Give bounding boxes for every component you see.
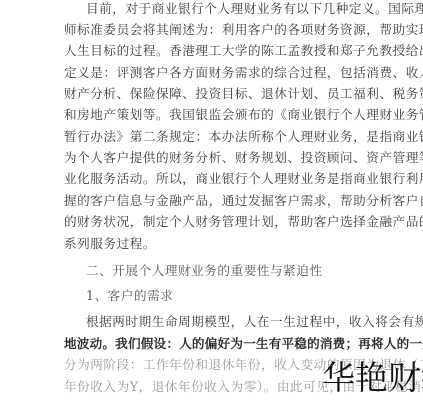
paragraph-line: 人生目标的过程。香港理工大学的陈工孟教授和郑子允教授给出的 bbox=[64, 44, 354, 58]
watermark-logo: 华艳财经 bbox=[322, 360, 423, 396]
paragraph-line: 和房地产策划等。我国银监会颁布的《商业银行个人理财业务管理 bbox=[64, 108, 354, 122]
paragraph-line: 为个人客户提供的财务分析、财务规划、投资顾问、资产管理等专 bbox=[64, 151, 354, 165]
paragraph-line: 目前，对于商业银行个人理财业务有以下几种定义。国际理财 bbox=[86, 2, 376, 16]
section-heading: 二、开展个人理财业务的重要性与紧迫性 bbox=[86, 264, 376, 278]
subsection-heading: 1、客户的需求 bbox=[86, 289, 376, 303]
paragraph-line: 地波动。我们假设：人的偏好为一生有平稳的消费；再将人的一生 bbox=[64, 337, 354, 351]
paragraph-line: 财产分析、保险保障、投资目标、退休计划、员工福利、税务策划 bbox=[64, 87, 354, 101]
paragraph-line: 暂行办法》第二条规定：本办法所称个人理财业务，是指商业银行 bbox=[64, 130, 354, 144]
paragraph-line: 师标准委员会将其阐述为：利用客户的各项财务资源，帮助实现其 bbox=[64, 23, 354, 37]
paragraph-line: 定义是：评测客户各方面财务需求的综合过程，包括消费、收入与 bbox=[64, 66, 354, 80]
paragraph-line: 的财务状况，制定个人财务管理计划，帮助客户选择金融产品的一 bbox=[64, 215, 354, 229]
paragraph-line: 根据两时期生命周期模型，人在一生过程中，收入将会有规律 bbox=[86, 315, 376, 329]
document-page: 目前，对于商业银行个人理财业务有以下几种定义。国际理财 师标准委员会将其阐述为：… bbox=[0, 0, 423, 400]
paragraph-line: 业化服务活动。所以，商业银行个人理财业务是指商业银行利用掌 bbox=[64, 172, 354, 186]
paragraph-line: 年份收入为Y，退休年份收入为零）。由此可见，由于对平稳消费 bbox=[64, 380, 354, 394]
paragraph-line: 分为两阶段：工作年份和退休年份，收入变动的原因为退休（工作 bbox=[64, 358, 354, 372]
paragraph-line: 系列服务过程。 bbox=[64, 237, 354, 251]
paragraph-line: 握的客户信息与金融产品，通过发掘客户需求，帮助分析客户自身 bbox=[64, 194, 354, 208]
